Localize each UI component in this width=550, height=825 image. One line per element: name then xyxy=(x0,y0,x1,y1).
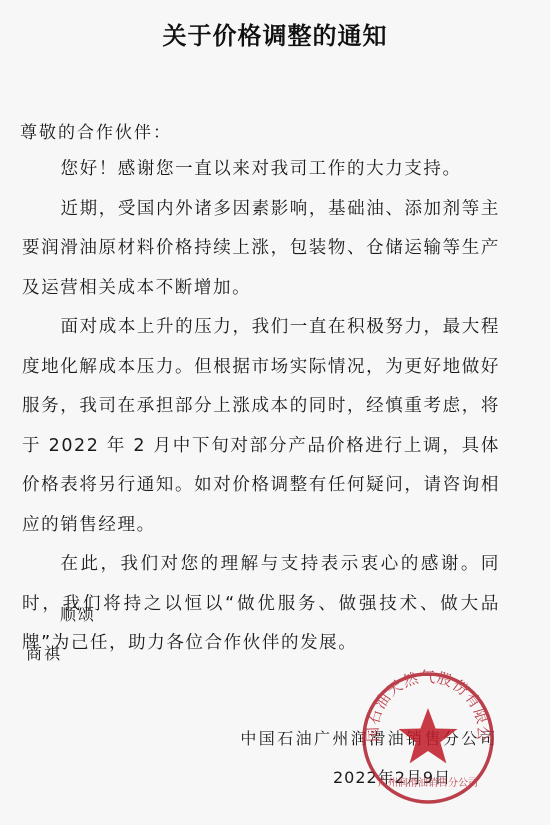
regards: 商祺 xyxy=(26,641,62,664)
paragraph-1: 您好！感谢您一直以来对我司工作的大力支持。 xyxy=(22,150,500,190)
paragraph-2: 近期，受国内外诸多因素影响，基础油、添加剂等主要润滑油原材料价格持续上涨，包装物… xyxy=(22,190,500,309)
signature-date: 2022年2月9日 xyxy=(333,765,451,788)
greeting: 尊敬的合作伙伴： xyxy=(20,118,172,143)
signature-company: 中国石油广州润滑油销售分公司 xyxy=(240,726,498,749)
document-body: 您好！感谢您一直以来对我司工作的大力支持。 近期，受国内外诸多因素影响，基础油、… xyxy=(22,150,500,664)
paragraph-3: 面对成本上升的压力，我们一直在积极努力，最大程度地化解成本压力。但根据市场实际情… xyxy=(22,308,500,545)
document-title: 关于价格调整的通知 xyxy=(0,16,550,51)
closing: 顺颂 xyxy=(60,602,96,625)
